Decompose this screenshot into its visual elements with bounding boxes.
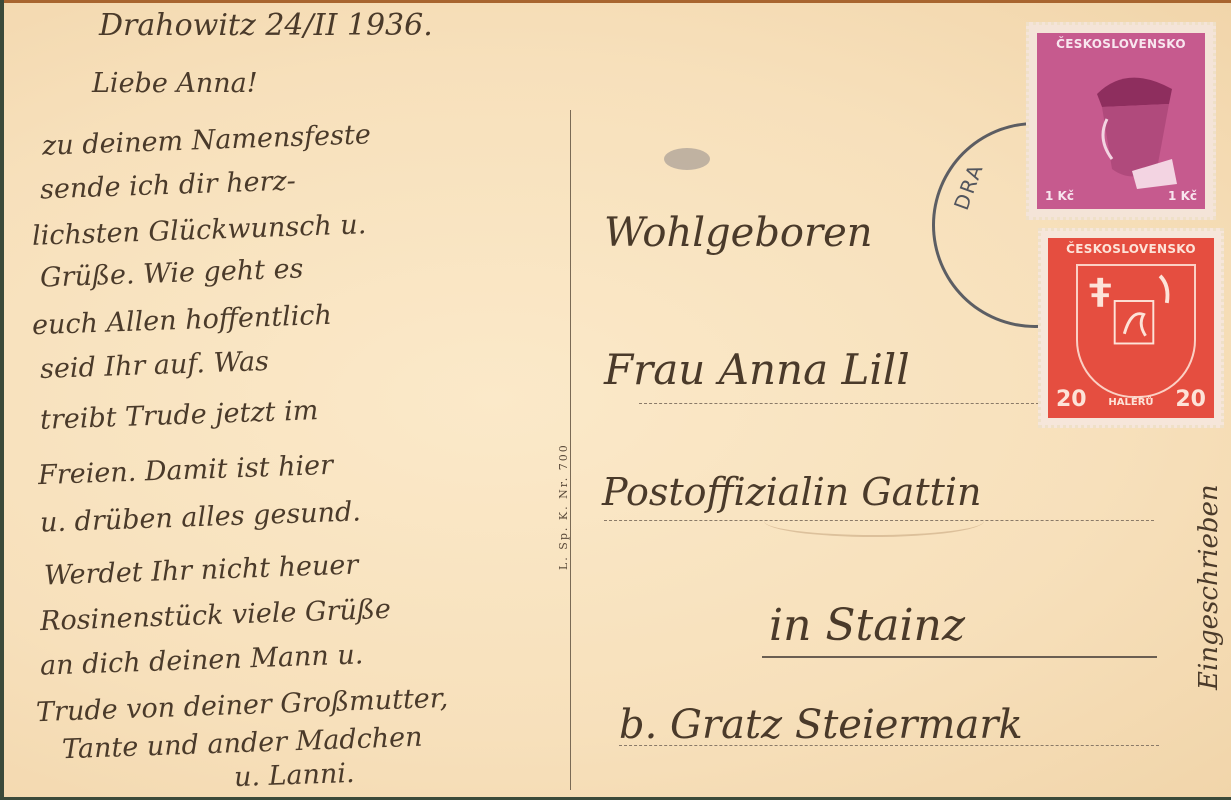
stamp-country: ČESKOSLOVENSKO: [1037, 37, 1205, 51]
message-line: sende ich dir herz-: [40, 166, 297, 206]
address-title: Postoffizialin Gattin: [602, 470, 982, 514]
message-line: zu deinem Namensfeste: [42, 119, 372, 161]
stamp-country: ČESKOSLOVENSKO: [1048, 242, 1214, 256]
message-line: treibt Trude jetzt im: [40, 395, 319, 436]
stamp-value-right: 1 Kč: [1168, 189, 1197, 203]
address-name: Frau Anna Lill: [604, 345, 910, 394]
message-line: Freien. Damit ist hier: [38, 450, 334, 491]
message-line: Werdet Ihr nicht heuer: [44, 550, 359, 592]
postcard-back: Drahowitz 24/II 1936. Liebe Anna! zu dei…: [0, 0, 1231, 800]
salutation: Liebe Anna!: [92, 68, 258, 99]
stamp-value-right: 20: [1175, 387, 1206, 412]
address-city: in Stainz: [769, 600, 965, 651]
place-date: Drahowitz 24/II 1936.: [99, 8, 433, 43]
message-line: an dich deinen Mann u.: [40, 639, 364, 681]
address-line-2: [604, 520, 1154, 521]
message-line: euch Allen hoffentlich: [32, 300, 333, 341]
card-edge: [4, 0, 1231, 3]
address-line-1: [639, 403, 1039, 404]
center-divider: [570, 110, 571, 790]
message-line: Rosinenstück viele Grüße: [40, 594, 392, 637]
side-note: Eingeschrieben: [1194, 484, 1224, 690]
message-line: seid Ihr auf. Was: [40, 346, 270, 385]
ink-smudge: [664, 148, 710, 170]
message-line: u. Lanni.: [233, 758, 355, 793]
portrait-icon: [1077, 59, 1177, 189]
message-line: Tante und ander Madchen: [62, 722, 423, 766]
message-line: lichsten Glückwunsch u.: [32, 209, 367, 252]
publisher-imprint: L. Sp. K. Nr. 700: [557, 443, 570, 570]
address-region: b. Gratz Steiermark: [619, 702, 1023, 748]
address-underline: [762, 656, 1157, 658]
stamp-value-left: 1 Kč: [1045, 189, 1074, 203]
message-line: Grüße. Wie geht es: [40, 253, 304, 293]
address-line-3: [619, 745, 1159, 746]
message-line: u. drüben alles gesund.: [40, 496, 362, 538]
coat-of-arms-icon: [1076, 264, 1196, 398]
stamp-1kc: ČESKOSLOVENSKO 1 Kč 1 Kč: [1026, 22, 1216, 220]
message-line: Trude von deiner Großmutter,: [36, 683, 449, 728]
address-honorific: Wohlgeboren: [604, 210, 873, 256]
stamp-20h: ČESKOSLOVENSKO 20 HALÉŘŮ 20: [1038, 228, 1224, 428]
